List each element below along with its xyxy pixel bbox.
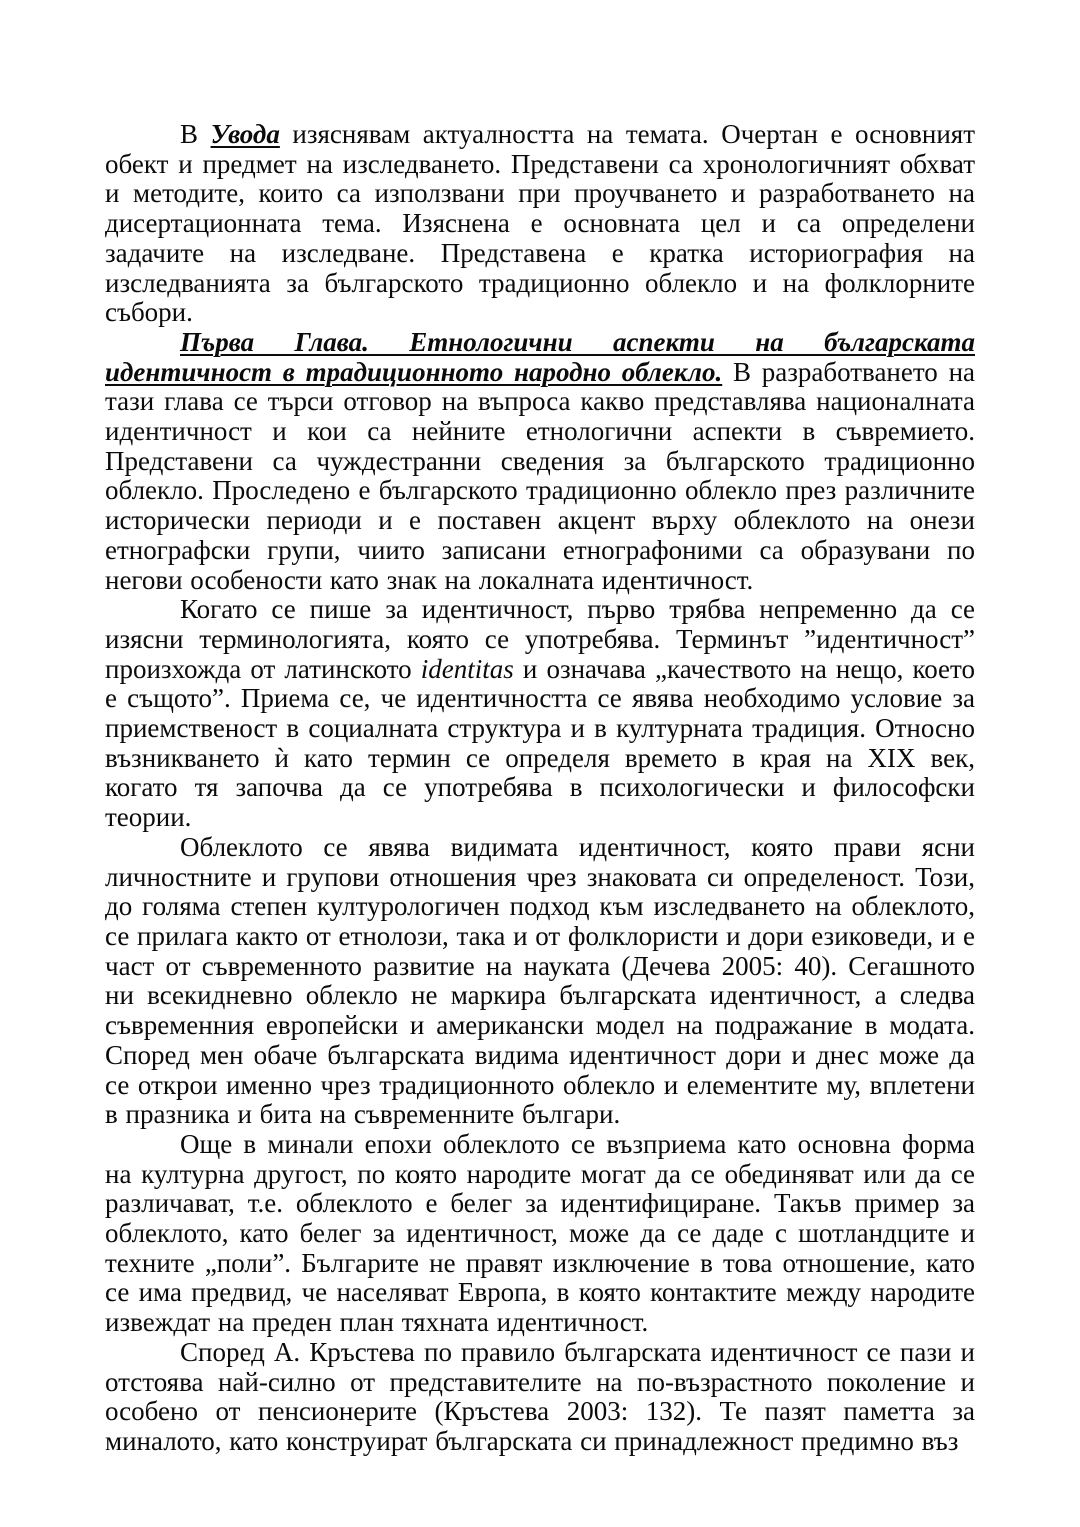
document-page: В Увода изяснявам актуалността на темата… (0, 0, 1080, 1527)
text-segment: изяснявам актуалността на темата. Очерта… (105, 119, 975, 327)
text-segment: В (180, 119, 211, 149)
text-segment: Още в минали епохи облеклото се възприем… (105, 1129, 975, 1337)
text-segment: Според А. Кръстева по правило българскат… (105, 1337, 975, 1456)
uvoda-heading: Увода (211, 119, 280, 149)
document-body: В Увода изяснявам актуалността на темата… (105, 120, 975, 1457)
chapter-one-paragraph: Първа Глава. Етнологични аспекти на бълг… (105, 328, 975, 595)
identitas-term: identitas (421, 654, 514, 684)
text-segment: Облеклото се явява видимата идентичност,… (105, 832, 975, 1129)
terminology-paragraph: Когато се пише за идентичност, първо тря… (105, 595, 975, 833)
visible-identity-paragraph: Облеклото се явява видимата идентичност,… (105, 833, 975, 1130)
text-segment: В разработването на тази глава се търси … (105, 357, 975, 595)
intro-uvod-paragraph: В Увода изяснявам актуалността на темата… (105, 120, 975, 328)
krasteva-paragraph: Според А. Кръстева по правило българскат… (105, 1338, 975, 1457)
past-epochs-paragraph: Още в минали епохи облеклото се възприем… (105, 1130, 975, 1338)
